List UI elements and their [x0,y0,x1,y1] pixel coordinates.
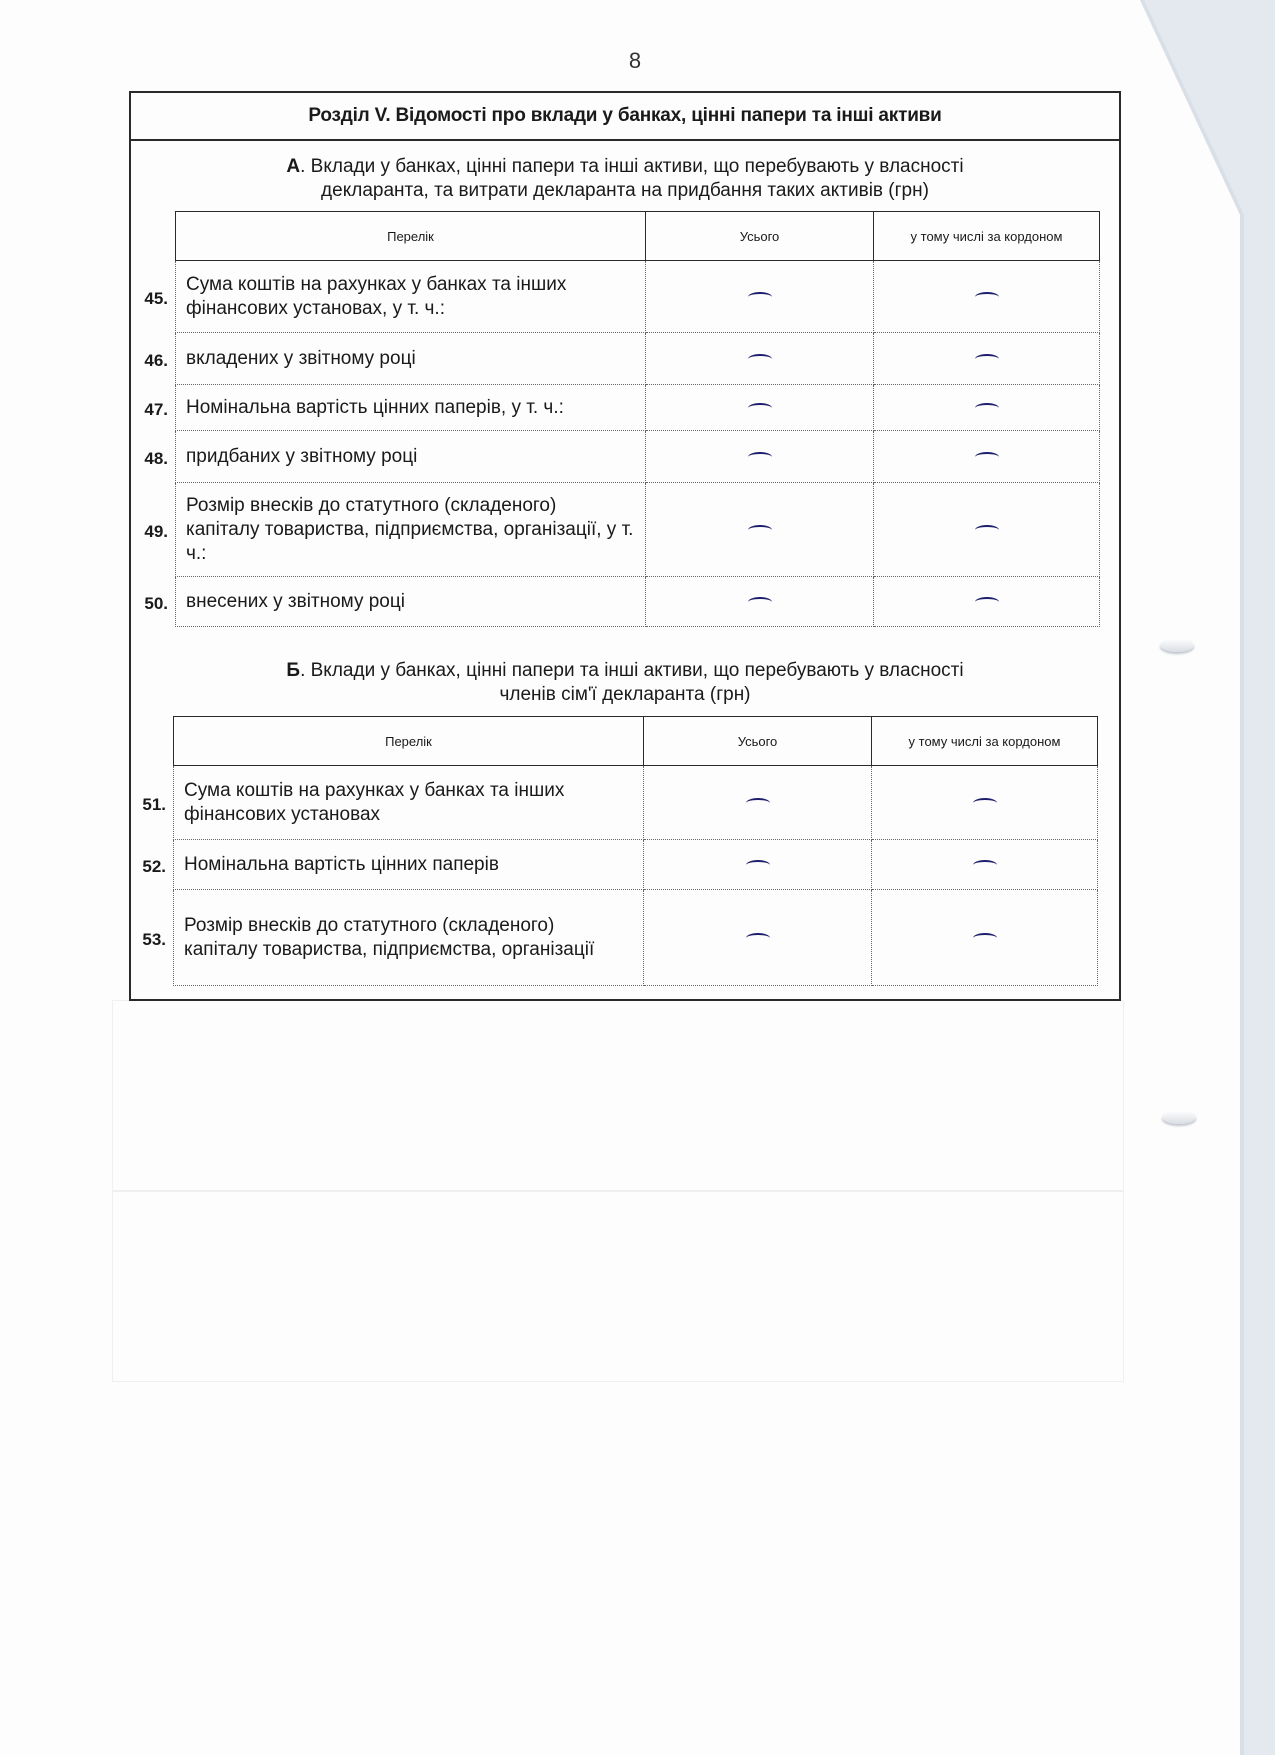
table-header: Перелік Усього у тому числі за кордоном [176,212,1100,261]
column-header-abroad: у тому числі за кордоном [872,717,1098,766]
value-cell-abroad[interactable] [872,840,1098,890]
value-cell-abroad[interactable] [874,261,1100,333]
handwritten-dash-mark [748,403,772,413]
table-row: 53.Розмір внесків до статутного (складен… [174,890,1098,986]
row-label-cell: 49.Розмір внесків до статутного (складен… [176,483,646,577]
page-number: 8 [620,48,650,74]
handwritten-dash-mark [748,597,772,607]
row-label-cell: 53.Розмір внесків до статутного (складен… [174,890,644,986]
row-number: 51. [128,793,166,817]
column-header-abroad: у тому числі за кордоном [874,212,1100,261]
handwritten-dash-mark [748,292,772,302]
handwritten-dash-mark [973,933,997,943]
value-cell-abroad[interactable] [872,890,1098,986]
handwritten-dash-mark [746,933,770,943]
row-label-cell: 51.Сума коштів на рахунках у банках та і… [174,766,644,840]
row-number: 47. [130,398,168,422]
table-row: 47.Номінальна вартість цінних паперів, у… [176,385,1100,431]
handwritten-dash-mark [975,354,999,364]
row-label-cell: 46.вкладених у звітному році [176,333,646,385]
row-label-cell: 48.придбаних у звітному році [176,431,646,483]
column-header-list: Перелік [174,717,644,766]
row-number: 53. [128,928,166,952]
part-b-title-line2: членів сім'ї декларанта (грн) [131,683,1119,707]
part-b-table: Перелік Усього у тому числі за кордоном … [173,716,1098,986]
table-row: 46.вкладених у звітному році [176,333,1100,385]
section-title: Розділ V. Відомості про вклади у банках,… [131,93,1119,141]
handwritten-dash-mark [975,452,999,462]
punch-hole-bottom [1162,1110,1196,1124]
value-cell-total[interactable] [646,431,874,483]
part-a-title-line2: декларанта, та витрати декларанта на при… [131,179,1119,203]
part-b-letter: Б [286,660,300,681]
value-cell-abroad[interactable] [874,483,1100,577]
row-label: Сума коштів на рахунках у банках та інши… [184,780,564,825]
handwritten-dash-mark [748,525,772,535]
row-number: 45. [130,287,168,311]
handwritten-dash-mark [975,403,999,413]
column-header-total: Усього [646,212,874,261]
handwritten-dash-mark [973,798,997,808]
part-a-title-line1: . Вклади у банках, цінні папери та інші … [300,156,964,177]
table-row: 50.внесених у звітному році [176,577,1100,627]
row-label: Сума коштів на рахунках у банках та інши… [186,274,566,319]
row-number: 52. [128,855,166,879]
part-b-title: Б. Вклади у банках, цінні папери та інші… [131,659,1119,707]
row-label: Розмір внесків до статутного (складеного… [184,915,594,960]
row-label-cell: 45.Сума коштів на рахунках у банках та і… [176,261,646,333]
value-cell-total[interactable] [646,385,874,431]
row-label: внесених у звітному році [186,591,405,612]
handwritten-dash-mark [975,292,999,302]
column-header-list: Перелік [176,212,646,261]
row-label-cell: 52.Номінальна вартість цінних паперів [174,840,644,890]
handwritten-dash-mark [748,354,772,364]
row-label-cell: 47.Номінальна вартість цінних паперів, у… [176,385,646,431]
value-cell-abroad[interactable] [872,766,1098,840]
value-cell-abroad[interactable] [874,431,1100,483]
part-a-title: А. Вклади у банках, цінні папери та інші… [131,155,1119,203]
part-a-letter: А [286,156,300,177]
handwritten-dash-mark [746,798,770,808]
value-cell-abroad[interactable] [874,333,1100,385]
value-cell-total[interactable] [646,577,874,627]
value-cell-total[interactable] [644,840,872,890]
column-header-total: Усього [644,717,872,766]
value-cell-abroad[interactable] [874,385,1100,431]
scanned-page: 8 Розділ V. Відомості про вклади у банка… [0,0,1240,1755]
row-number: 50. [130,592,168,616]
handwritten-dash-mark [746,860,770,870]
row-label: Номінальна вартість цінних паперів [184,854,499,875]
row-label-cell: 50.внесених у звітному році [176,577,646,627]
handwritten-dash-mark [975,525,999,535]
table-row: 45.Сума коштів на рахунках у банках та і… [176,261,1100,333]
handwritten-dash-mark [975,597,999,607]
bleed-through-line [112,1190,1124,1192]
value-cell-abroad[interactable] [874,577,1100,627]
value-cell-total[interactable] [644,766,872,840]
row-label: Номінальна вартість цінних паперів, у т.… [186,397,564,418]
section-v-frame: Розділ V. Відомості про вклади у банках,… [129,91,1121,1001]
row-number: 48. [130,447,168,471]
table-row: 51.Сума коштів на рахунках у банках та і… [174,766,1098,840]
value-cell-total[interactable] [646,333,874,385]
handwritten-dash-mark [748,452,772,462]
part-b-title-line1: . Вклади у банках, цінні папери та інші … [300,660,964,681]
table-row: 48.придбаних у звітному році [176,431,1100,483]
row-number: 49. [130,520,168,544]
row-label: вкладених у звітному році [186,348,416,369]
table-row: 49.Розмір внесків до статутного (складен… [176,483,1100,577]
row-number: 46. [130,349,168,373]
value-cell-total[interactable] [644,890,872,986]
table-header: Перелік Усього у тому числі за кордоном [174,717,1098,766]
handwritten-dash-mark [973,860,997,870]
value-cell-total[interactable] [646,261,874,333]
part-a-table: Перелік Усього у тому числі за кордоном … [175,211,1100,627]
row-label: Розмір внесків до статутного (складеного… [186,495,633,564]
punch-hole-top [1160,638,1194,652]
row-label: придбаних у звітному році [186,446,417,467]
value-cell-total[interactable] [646,483,874,577]
table-row: 52.Номінальна вартість цінних паперів [174,840,1098,890]
